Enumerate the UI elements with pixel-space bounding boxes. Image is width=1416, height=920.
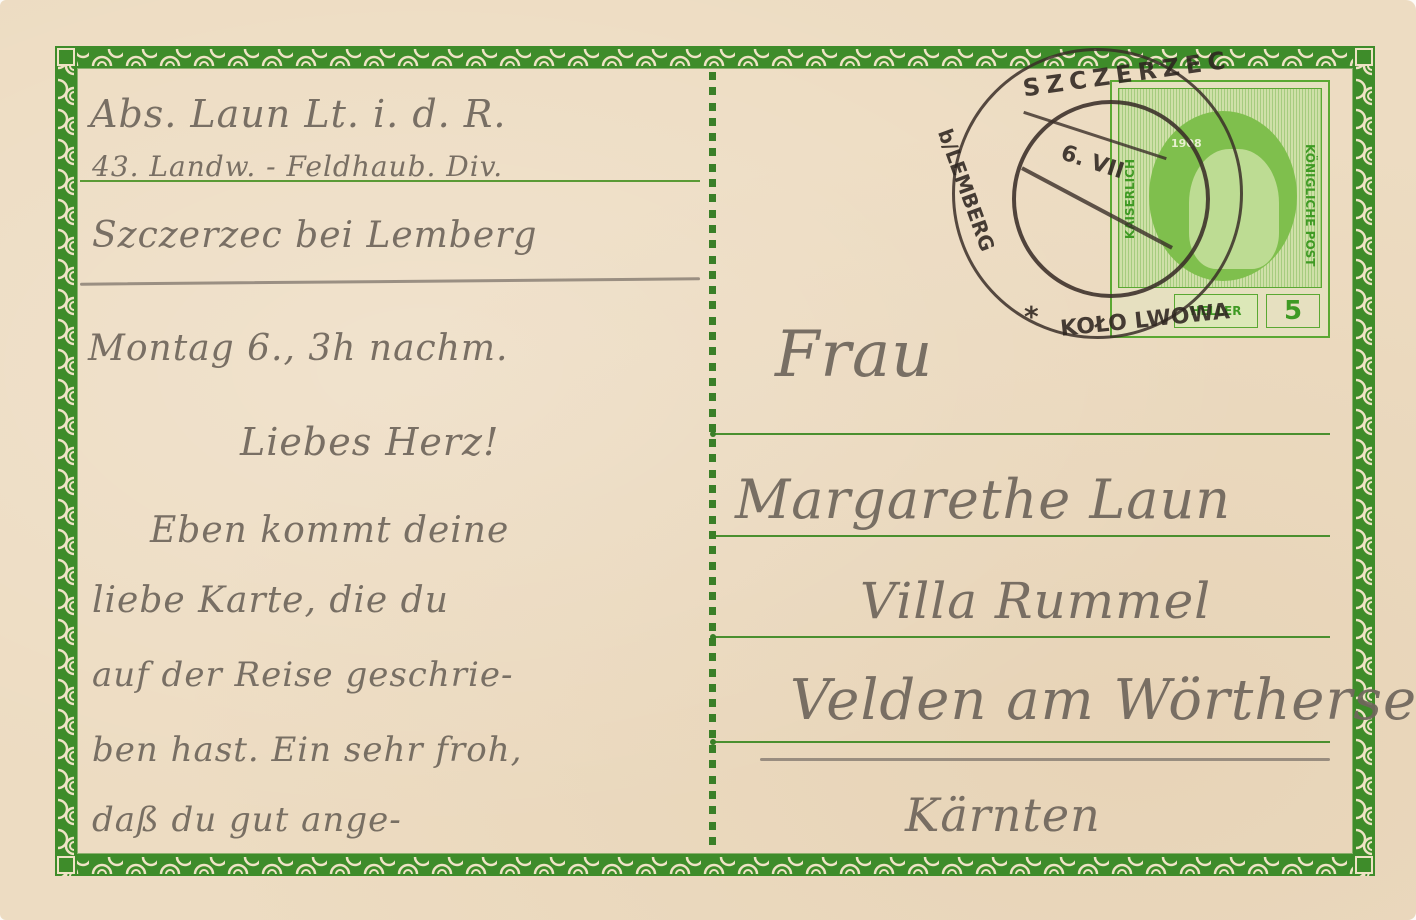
address-name: Margarethe Laun bbox=[735, 468, 1231, 531]
center-divider bbox=[709, 72, 717, 852]
divider-dot bbox=[709, 225, 716, 233]
divider-dot bbox=[709, 179, 716, 187]
postcard: Abs. Laun Lt. i. d. R. 43. Landw. - Feld… bbox=[0, 0, 1416, 920]
address-underline bbox=[760, 758, 1330, 761]
divider-dot bbox=[709, 730, 716, 738]
divider-dot bbox=[709, 118, 716, 126]
divider-dot bbox=[709, 347, 716, 355]
divider-dot bbox=[709, 516, 716, 524]
address-region: Kärnten bbox=[905, 788, 1101, 842]
divider-dot bbox=[709, 363, 716, 371]
divider-dot bbox=[709, 485, 716, 493]
divider-dot bbox=[709, 103, 716, 111]
message-line-5: auf der Reise geschrie- bbox=[92, 655, 514, 695]
address-salutation: Frau bbox=[775, 318, 933, 392]
divider-dot bbox=[709, 378, 716, 386]
divider-dot bbox=[709, 745, 716, 753]
divider-dot bbox=[709, 332, 716, 340]
divider-dot bbox=[709, 409, 716, 417]
message-line-3: Eben kommt deine bbox=[150, 510, 509, 551]
message-line-7: daß du gut ange- bbox=[92, 800, 402, 840]
sender-line-2: 43. Landw. - Feldhaub. Div. bbox=[92, 150, 503, 183]
divider-dot bbox=[709, 271, 716, 279]
divider-dot bbox=[709, 546, 716, 554]
sender-line-1: Abs. Laun Lt. i. d. R. bbox=[90, 92, 507, 136]
divider-dot bbox=[709, 87, 716, 95]
message-line-6: ben hast. Ein sehr froh, bbox=[92, 730, 522, 770]
divider-dot bbox=[709, 439, 716, 447]
divider-dot bbox=[709, 669, 716, 677]
divider-dot bbox=[709, 240, 716, 248]
address-street: Villa Rummel bbox=[860, 572, 1211, 630]
divider-dot bbox=[709, 714, 716, 722]
postmark-star: * bbox=[1024, 300, 1039, 333]
divider-dot bbox=[709, 286, 716, 294]
address-city: Velden am Wörthersee bbox=[790, 668, 1416, 733]
divider-dot bbox=[709, 562, 716, 570]
divider-dot bbox=[709, 393, 716, 401]
divider-dot bbox=[709, 210, 716, 218]
sender-line-3: Szczerzec bei Lemberg bbox=[92, 215, 537, 256]
address-line-2 bbox=[712, 535, 1330, 537]
scallop-pattern bbox=[55, 46, 77, 876]
address-line-1 bbox=[712, 433, 1330, 435]
ornamental-border-right bbox=[1353, 46, 1375, 876]
postmark: 6. VII SZCZERZEC b/LEMBERG * KOŁO LWOWA bbox=[942, 38, 1252, 348]
divider-dot bbox=[709, 470, 716, 478]
divider-dot bbox=[709, 837, 716, 845]
divider-dot bbox=[709, 577, 716, 585]
divider-dot bbox=[709, 194, 716, 202]
divider-dot bbox=[709, 164, 716, 172]
divider-dot bbox=[709, 776, 716, 784]
address-line-3 bbox=[712, 636, 1330, 638]
divider-dot bbox=[709, 806, 716, 814]
divider-dot bbox=[709, 684, 716, 692]
stamp-arc-right: KÖNIGLICHE POST bbox=[1303, 144, 1317, 266]
divider-dot bbox=[709, 317, 716, 325]
divider-dot bbox=[709, 607, 716, 615]
divider-dot bbox=[709, 133, 716, 141]
ornamental-border-left bbox=[55, 46, 77, 876]
divider-dot bbox=[709, 72, 716, 80]
divider-dot bbox=[709, 699, 716, 707]
divider-dot bbox=[709, 454, 716, 462]
postmark-inner-ring bbox=[1012, 100, 1210, 298]
address-line-4 bbox=[712, 741, 1330, 743]
scallop-pattern bbox=[1353, 46, 1375, 876]
message-line-4: liebe Karte, die du bbox=[92, 580, 449, 621]
ornamental-border-bottom bbox=[55, 854, 1375, 876]
divider-dot bbox=[709, 760, 716, 768]
scallop-pattern bbox=[55, 854, 1375, 876]
message-line-2: Liebes Herz! bbox=[240, 420, 499, 464]
divider-dot bbox=[709, 791, 716, 799]
divider-dot bbox=[709, 822, 716, 830]
divider-dot bbox=[709, 256, 716, 264]
divider-dot bbox=[709, 500, 716, 508]
divider-dot bbox=[709, 592, 716, 600]
stamp-value-box: 5 bbox=[1266, 294, 1320, 328]
message-line-1: Montag 6., 3h nachm. bbox=[88, 328, 508, 369]
divider-dot bbox=[709, 148, 716, 156]
divider-dot bbox=[709, 653, 716, 661]
divider-dot bbox=[709, 623, 716, 631]
stamp-value: 5 bbox=[1284, 296, 1302, 326]
divider-dot bbox=[709, 301, 716, 309]
